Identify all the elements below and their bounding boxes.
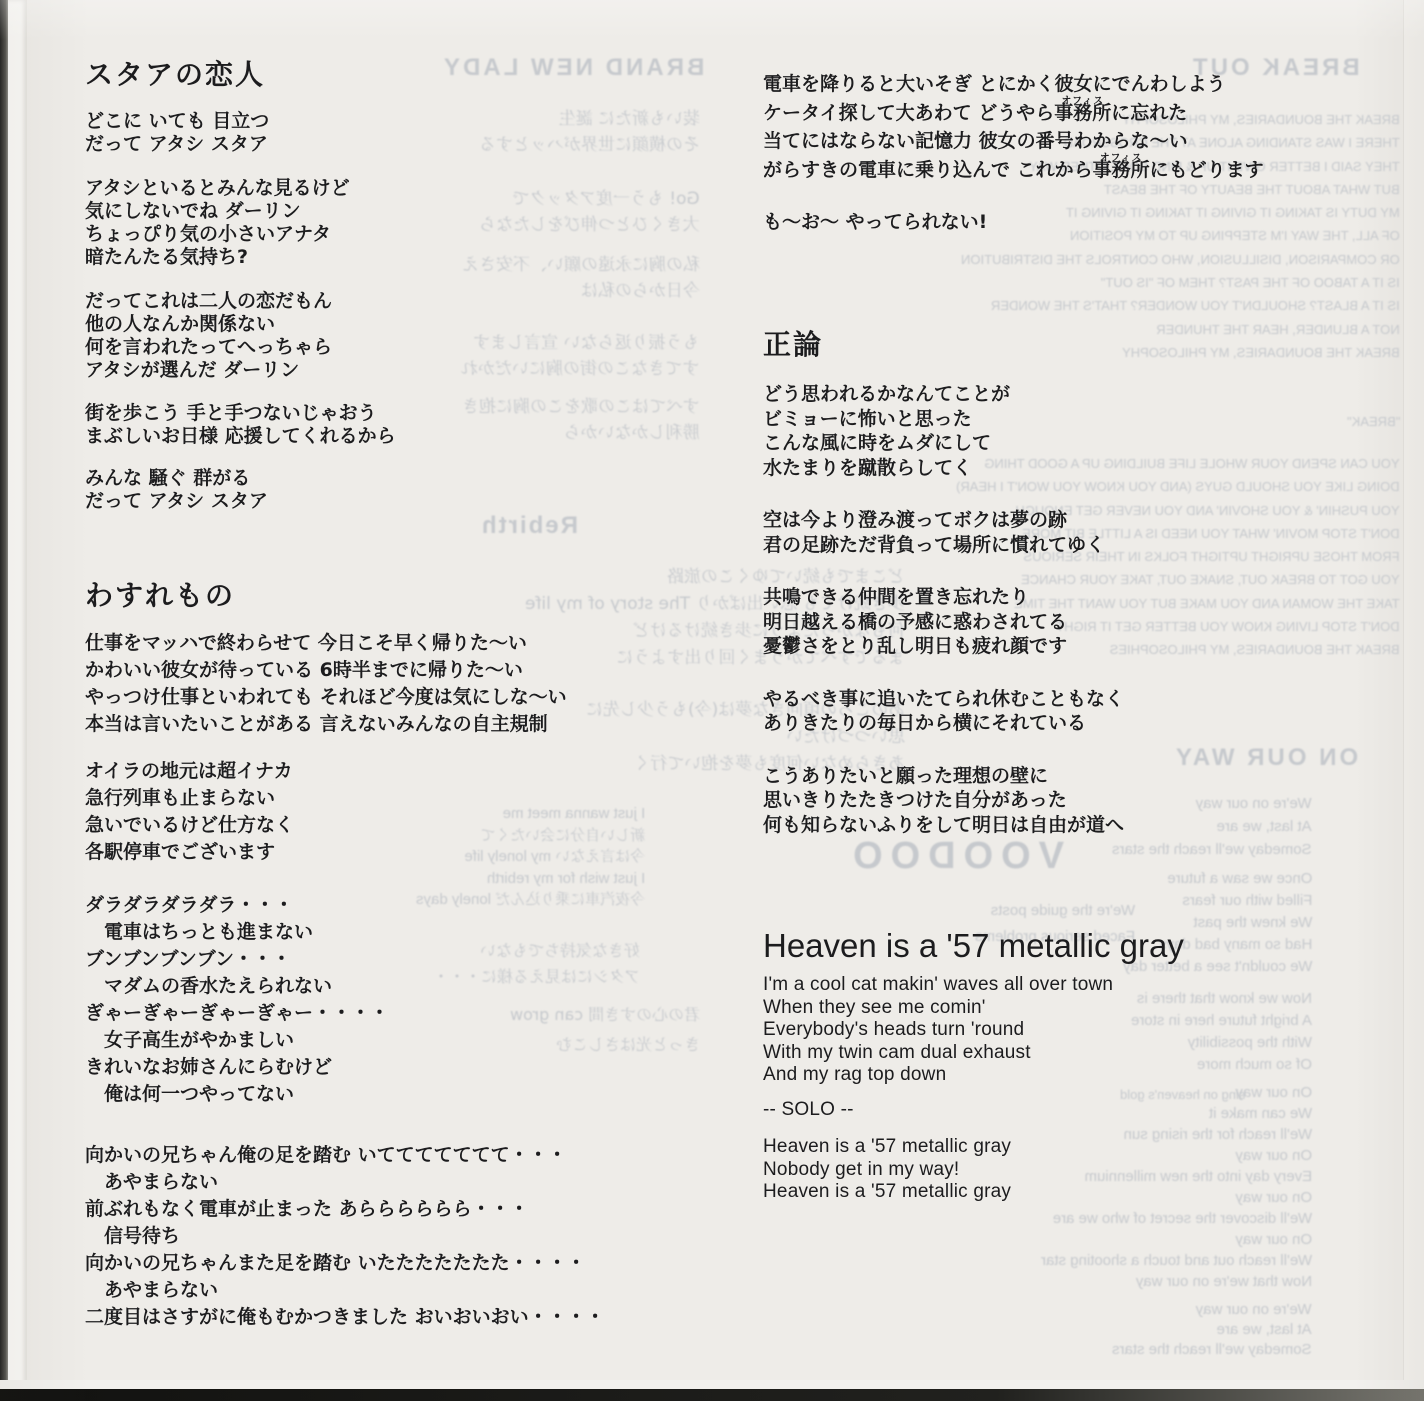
lyric-line: 向かいの兄ちゃん俺の足を踏む いててててててて・・・ (85, 1142, 605, 1169)
song-section: 正論どう思われるかなんてことがビミョーに怖いと思ったこんな風に時をムダにして水た… (763, 326, 1124, 837)
lyric-line: 当てにはならない記憶力 彼女の番号わからな〜い (763, 127, 1264, 156)
booklet-page: BRAND NEW LADY装いも新たに 誕生その横顔に世界がハッとするGo! … (0, 0, 1424, 1401)
showthrough-line: VOODOO (845, 832, 1064, 881)
page-right-edge (1403, 0, 1424, 1401)
showthrough-line: We'll discover the secret of who we are (1041, 1208, 1312, 1229)
stanza: Heaven is a '57 metallic grayNobody get … (763, 1136, 1184, 1204)
showthrough-line: Rebirth (480, 510, 578, 541)
lyric-line: 各駅停車でございます (85, 839, 605, 866)
lyric-line: 電車はちっとも進まない (85, 919, 605, 946)
showthrough-line: Someday we'll reach the stars (1112, 838, 1312, 861)
lyric-line: こうありたいと願った理想の壁に (763, 764, 1124, 789)
showthrough-line: "BREAK" (1347, 410, 1400, 433)
showthrough-line: At last, we are (1112, 815, 1312, 838)
showthrough-line: We're on our way (1112, 1300, 1312, 1320)
stanza: 電車を降りると大いそぎ とにかく彼女にでんわしようケータイ探して大あわて どうや… (763, 70, 1264, 184)
lyric-line: がらすきの電車に乗り込んで これからオフィス事務所にもどります (763, 156, 1264, 185)
lyric-line: マダムの香水たえられない (85, 973, 605, 1000)
stanza: ダラダラダラダラ・・・ 電車はちっとも進まないブンブンブンブン・・・ マダムの香… (85, 892, 605, 1108)
stanza: I'm a cool cat makin' waves all over tow… (763, 974, 1184, 1087)
lyric-line: どこに いても 目立つ (85, 110, 396, 133)
lyric-line: ケータイ探して大あわて どうやらオフィス事務所に忘れた (763, 99, 1264, 128)
lyric-line: 前ぶれもなく電車が止まった あらららららら・・・ (85, 1196, 605, 1223)
showthrough-on-our-way-5: We're on our wayAt last, we areSomeday w… (1112, 1300, 1312, 1360)
showthrough-brand-new-lady-jp-3: 私の胸に永遠の願い、不安さえ今日からの私は (462, 252, 700, 304)
stanza: やるべき事に追いたてられ休むこともなくありきたりの毎日から横にそれている (763, 687, 1124, 736)
showthrough-line: その横顔に世界がハッとする (479, 132, 700, 158)
song-title: スタアの恋人 (85, 56, 396, 94)
lyric-line: ちょっぴり気の小さいアナタ (85, 223, 396, 246)
showthrough-line: 装いも新たに 誕生 (479, 106, 700, 132)
lyric-line: 電車を降りると大いそぎ とにかく彼女にでんわしよう (763, 70, 1264, 99)
lyric-line: 急行列車も止まらない (85, 785, 605, 812)
lyric-line: オイラの地元は超イナカ (85, 758, 605, 785)
showthrough-line: On our way (1041, 1229, 1312, 1250)
lyric-line: 仕事をマッハで終わらせて 今日こそ早く帰りた〜い (85, 630, 605, 657)
lyric-line: With my twin cam dual exhaust (763, 1042, 1184, 1065)
showthrough-brand-new-lady-title: BRAND NEW LADY (441, 52, 704, 83)
stanza: 空は今より澄み渡ってボクは夢の跡君の足跡ただ背負って場所に慣れてゆく (763, 508, 1124, 557)
showthrough-line: Filled with our fears (1123, 890, 1312, 912)
stanza: も〜お〜 やってられない! (763, 208, 1264, 237)
ruby-annotation: オフィス (1061, 88, 1104, 117)
lyric-line: 本当は言いたいことがある 言えないみんなの自主規制 (85, 711, 605, 738)
lyric-line: かわいい彼女が待っている 6時半までに帰りた〜い (85, 657, 605, 684)
lyric-line: だってこれは二人の恋だもん (85, 290, 396, 313)
showthrough-brand-new-lady-jp-2: Go! もう一度アタックで大きくひとつ伸びをしたなら (479, 186, 700, 238)
showthrough-line: We're on our way (1112, 792, 1312, 815)
lyric-line: 思いきりたたきつけた自分があった (763, 788, 1124, 813)
lyric-line: 共鳴できる仲間を置き忘れたり (763, 585, 1124, 610)
showthrough-line: 勝利しかないから (462, 420, 700, 446)
showthrough-break-quote: "BREAK" (1347, 410, 1400, 433)
page-bottom-margin (0, 1380, 1424, 1389)
lyric-line: 二度目はさすがに俺もむかつきました おいおいおい・・・・ (85, 1304, 605, 1331)
stanza: どこに いても 目立つだって アタシ スタア (85, 110, 396, 156)
song-title: 正論 (763, 326, 1124, 364)
lyric-line: I'm a cool cat makin' waves all over tow… (763, 974, 1184, 997)
lyric-line: あやまらない (85, 1277, 605, 1304)
lyric-line: ブンブンブンブン・・・ (85, 946, 605, 973)
showthrough-line: IS IT A TABOO OF THE PAST? THEM OF "IS O… (961, 271, 1400, 294)
showthrough-line: We'll reach out and touch a shooting sta… (1041, 1250, 1312, 1271)
lyric-line: 信号待ち (85, 1223, 605, 1250)
song-title: Heaven is a '57 metallic gray (763, 924, 1184, 968)
showthrough-brand-new-lady-jp-4: もう振り返らない 宣言しますすてきなこの街の胸にいだかれ (461, 330, 700, 382)
lyric-line: When they see me comin' (763, 997, 1184, 1020)
lyric-line: 憂鬱さをとり乱し明日も疲れ顔です (763, 634, 1124, 659)
lyric-line: 暗たんたる気持ち? (85, 246, 396, 269)
showthrough-on-our-way-title: ON OUR WAY (1173, 742, 1358, 773)
lyrics-section: 電車を降りると大いそぎ とにかく彼女にでんわしようケータイ探して大あわて どうや… (763, 70, 1264, 237)
lyric-line: 何を言われたってへっちゃら (85, 336, 396, 359)
showthrough-line: Once we saw a future (1123, 868, 1312, 890)
stanza: だってこれは二人の恋だもん他の人なんか関係ない何を言われたってへっちゃらアタシが… (85, 290, 396, 382)
song-section: Heaven is a '57 metallic grayI'm a cool … (763, 924, 1184, 1204)
lyric-line: ダラダラダラダラ・・・ (85, 892, 605, 919)
lyric-line: 他の人なんか関係ない (85, 313, 396, 336)
showthrough-line: 私の胸に永遠の願い、不安さえ (462, 252, 700, 278)
showthrough-line: すてきなこの街の胸にいだかれ (461, 356, 700, 382)
stanza: 向かいの兄ちゃん俺の足を踏む いててててててて・・・ あやまらない前ぶれもなく電… (85, 1142, 605, 1331)
showthrough-line: At last, we are (1112, 1320, 1312, 1340)
lyric-line: 空は今より澄み渡ってボクは夢の跡 (763, 508, 1124, 533)
lyric-line: どう思われるかなんてことが (763, 382, 1124, 407)
lyric-line: 明日越える橋の予感に惑わされてる (763, 610, 1124, 635)
showthrough-line: ON OUR WAY (1173, 742, 1358, 773)
lyric-line: Heaven is a '57 metallic gray (763, 1136, 1184, 1159)
showthrough-line: We're the guide posts (975, 898, 1135, 924)
showthrough-brand-new-lady-jp-5: すべてはこの歌をこの胸に抱き勝利しかないから (462, 394, 700, 446)
stanza: 街を歩こう 手と手つないじゃおうまぶしいお日様 応援してくれるから (85, 402, 396, 448)
stanza: -- SOLO -- (763, 1099, 1184, 1122)
showthrough-voodoo-title: VOODOO (845, 832, 1064, 881)
lyric-line: 女子高生がやかましい (85, 1027, 605, 1054)
lyric-line: きれいなお姉さんにらむけど (85, 1054, 605, 1081)
lyric-line: アタシといるとみんな見るけど (85, 177, 396, 200)
lyric-line: 俺は何一つやってない (85, 1081, 605, 1108)
showthrough-line: Now that we're on our way (1041, 1271, 1312, 1292)
lyric-line: こんな風に時をムダにして (763, 431, 1124, 456)
page-bottom-edge (0, 1389, 1424, 1401)
lyric-line: 水たまりを蹴散らしてく (763, 456, 1124, 481)
lyric-line: 君の足跡ただ背負って場所に慣れてゆく (763, 533, 1124, 558)
ruby-base: オフィス事務所 (1093, 156, 1150, 185)
showthrough-line: 今日からの私は (462, 278, 700, 304)
showthrough-line: 大きくひとつ伸びをしたなら (479, 212, 700, 238)
page-spine-margin (8, 0, 27, 1401)
ruby-base: オフィス事務所 (1054, 99, 1111, 128)
lyric-line: And my rag top down (763, 1064, 1184, 1087)
stanza: みんな 騒ぐ 群がるだって アタシ スタア (85, 467, 396, 513)
stanza: こうありたいと願った理想の壁に思いきりたたきつけた自分があった何も知らないふりを… (763, 764, 1124, 838)
lyric-line: やっつけ仕事といわれても それほど今度は気にしな〜い (85, 684, 605, 711)
lyric-line: Everybody's heads turn 'round (763, 1019, 1184, 1042)
song-title: わすれもの (85, 576, 605, 616)
lyric-line: Heaven is a '57 metallic gray (763, 1181, 1184, 1204)
stanza: 共鳴できる仲間を置き忘れたり明日越える橋の予感に惑わされてる憂鬱さをとり乱し明日… (763, 585, 1124, 659)
showthrough-line: もう振り返らない 宣言します (461, 330, 700, 356)
lyric-line: アタシが選んだ ダーリン (85, 359, 396, 382)
lyric-line: ありきたりの毎日から横にそれている (763, 711, 1124, 736)
lyric-line: ぎゃーぎゃーぎゃーぎゃー・・・・ (85, 1000, 605, 1027)
lyric-line: Nobody get in my way! (763, 1159, 1184, 1182)
showthrough-line: BRAND NEW LADY (441, 52, 704, 83)
lyric-line: だって アタシ スタア (85, 490, 396, 513)
ruby-annotation: オフィス (1100, 145, 1143, 174)
showthrough-rebirth-title: Rebirth (480, 510, 578, 541)
lyric-line: 急いでいるけど仕方なく (85, 812, 605, 839)
showthrough-line: Someday we'll reach the stars (1112, 1340, 1312, 1360)
page-spine-edge (0, 0, 8, 1401)
lyric-line: 街を歩こう 手と手つないじゃおう (85, 402, 396, 425)
lyric-line: まぶしいお日様 応援してくれるから (85, 425, 396, 448)
stanza: 仕事をマッハで終わらせて 今日こそ早く帰りた〜いかわいい彼女が待っている 6時半… (85, 630, 605, 738)
lyric-line: ビミョーに怖いと思った (763, 407, 1124, 432)
showthrough-brand-new-lady-jp-1: 装いも新たに 誕生その横顔に世界がハッとする (479, 106, 700, 158)
lyric-line: 気にしないでね ダーリン (85, 200, 396, 223)
lyric-line: やるべき事に追いたてられ休むこともなく (763, 687, 1124, 712)
showthrough-line: すべてはこの歌をこの胸に抱き (462, 394, 700, 420)
song-section: わすれもの仕事をマッハで終わらせて 今日こそ早く帰りた〜いかわいい彼女が待ってい… (85, 576, 605, 1331)
showthrough-line: Go! もう一度アタックで (479, 186, 700, 212)
lyric-line: も〜お〜 やってられない! (763, 208, 1264, 237)
stanza: オイラの地元は超イナカ急行列車も止まらない急いでいるけど仕方なく各駅停車でござい… (85, 758, 605, 866)
showthrough-on-our-way-1: We're on our wayAt last, we areSomeday w… (1112, 792, 1312, 861)
lyric-line: 向かいの兄ちゃんまた足を踏む いたたたたたたた・・・・ (85, 1250, 605, 1277)
lyric-line: みんな 騒ぐ 群がる (85, 467, 396, 490)
showthrough-line: OR COMPARISON, DISILLUSION, WHO CONTROLS… (961, 248, 1400, 271)
lyric-line: だって アタシ スタア (85, 133, 396, 156)
lyric-line: -- SOLO -- (763, 1099, 1184, 1122)
song-section: スタアの恋人どこに いても 目立つだって アタシ スタアアタシといるとみんな見る… (85, 56, 396, 513)
showthrough-line: IS IT A BLAST? SHOULDN'T YOU WONDER? THA… (961, 294, 1400, 317)
stanza: アタシといるとみんな見るけど気にしないでね ダーリンちょっぴり気の小さいアナタ暗… (85, 177, 396, 269)
stanza: どう思われるかなんてことがビミョーに怖いと思ったこんな風に時をムダにして水たまり… (763, 382, 1124, 480)
lyric-line: 何も知らないふりをして明日は自由が道へ (763, 813, 1124, 838)
lyric-line: あやまらない (85, 1169, 605, 1196)
